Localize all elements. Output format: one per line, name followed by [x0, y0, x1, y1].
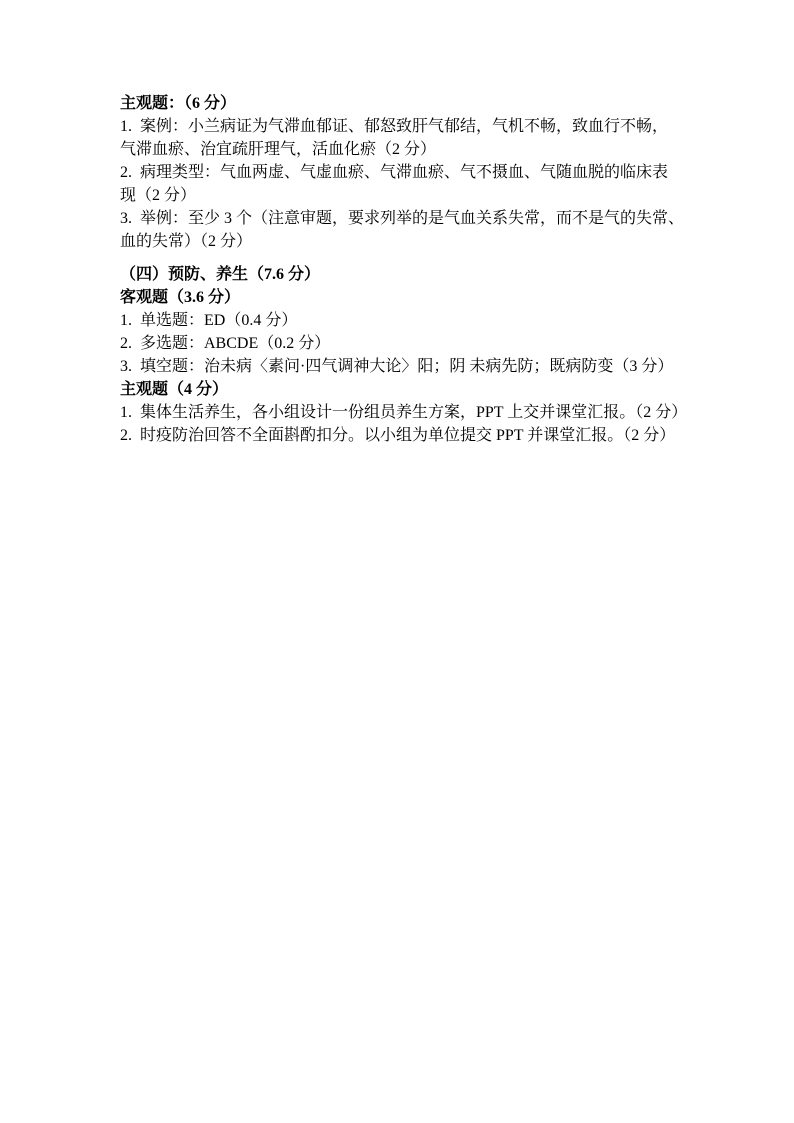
- item-1-case-line-2: 气滞血瘀、治宜疏肝理气，活血化瘀（2 分）: [120, 138, 706, 161]
- item-2-pathology-line-2: 现（2 分）: [120, 184, 706, 207]
- heading-objective-questions: 客观题（3.6 分）: [120, 286, 706, 309]
- document-content: 主观题：（6 分） 1. 案例：小兰病证为气滞血郁证、郁怒致肝气郁结，气机不畅，…: [120, 92, 706, 447]
- item-2-pathology-line-1: 2. 病理类型：气血两虚、气虚血瘀、气滞血瘀、气不摄血、气随血脱的临床表: [120, 161, 706, 184]
- item-3-examples-line-2: 血的失常）（2 分）: [120, 230, 706, 253]
- item-multiple-choice: 2. 多选题：ABCDE（0.2 分）: [120, 332, 706, 355]
- document-page: 主观题：（6 分） 1. 案例：小兰病证为气滞血郁证、郁怒致肝气郁结，气机不畅，…: [0, 0, 794, 1123]
- item-epidemic-prevention: 2. 时疫防治回答不全面斟酌扣分。以小组为单位提交 PPT 并课堂汇报。（2 分…: [120, 424, 706, 447]
- item-fill-in-blank: 3. 填空题：治未病〈素问·四气调神大论〉阳；阴 未病先防；既病防变（3 分）: [120, 355, 706, 378]
- item-1-case-line-1: 1. 案例：小兰病证为气滞血郁证、郁怒致肝气郁结，气机不畅，致血行不畅，: [120, 115, 706, 138]
- item-single-choice: 1. 单选题：ED（0.4 分）: [120, 309, 706, 332]
- blank-line: [120, 253, 706, 263]
- heading-subjective-questions-6pts: 主观题：（6 分）: [120, 92, 706, 115]
- heading-subjective-questions-4pts: 主观题（4 分）: [120, 378, 706, 401]
- heading-section-four-prevention: （四）预防、养生（7.6 分）: [120, 263, 706, 286]
- item-group-health-plan: 1. 集体生活养生，各小组设计一份组员养生方案，PPT 上交并课堂汇报。（2 分…: [120, 401, 706, 424]
- item-3-examples-line-1: 3. 举例：至少 3 个（注意审题，要求列举的是气血关系失常，而不是气的失常、: [120, 207, 706, 230]
